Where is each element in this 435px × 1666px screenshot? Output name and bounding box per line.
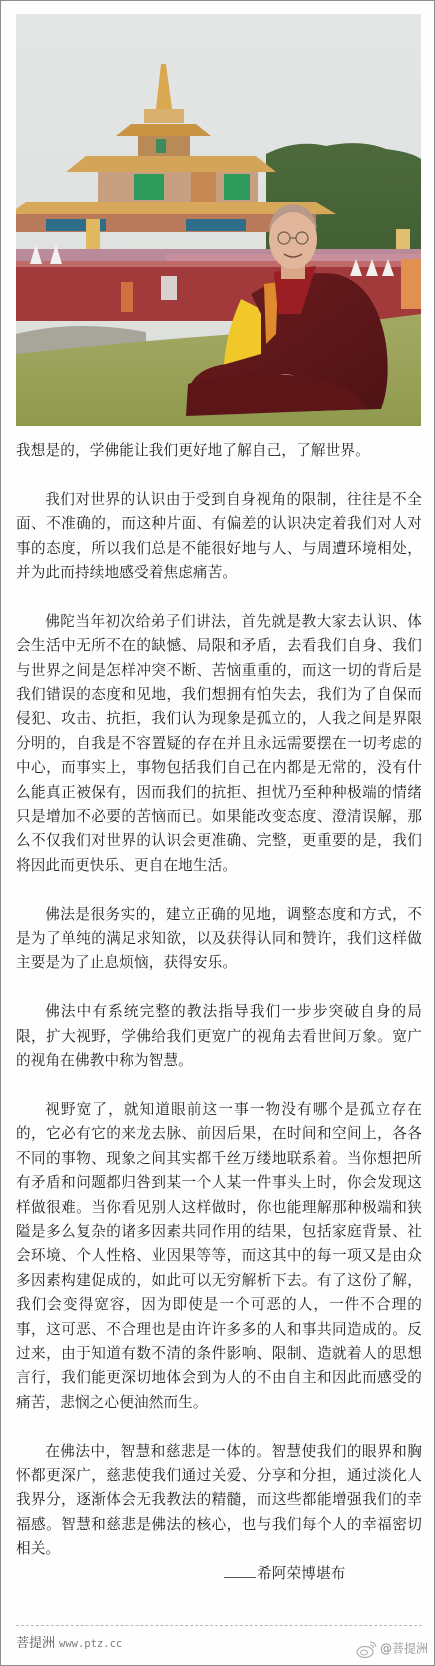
article-paragraph: 视野宽了，就知道眼前这一事一物没有哪个是孤立存在的，它必有它的来龙去脉、前因后果… <box>16 1098 422 1415</box>
weibo-watermark: @菩提洲 <box>356 1639 428 1659</box>
page-frame: 我想是的，学佛能让我们更好地了解自己，了解世界。 我们对世界的认识由于受到自身视… <box>0 0 435 1666</box>
monk-photo <box>16 14 421 426</box>
article-body: 我想是的，学佛能让我们更好地了解自己，了解世界。 我们对世界的认识由于受到自身视… <box>16 439 422 1610</box>
weibo-handle: @菩提洲 <box>380 1642 428 1656</box>
article-paragraph: 在佛法中，智慧和慈悲是一体的。智慧使我们的眼界和胸怀都更深广，慈悲使我们通过关爱… <box>16 1440 422 1562</box>
site-name: 菩提洲 <box>16 1636 55 1651</box>
signature-dash <box>224 1577 256 1578</box>
author-signature: 希阿荣博堪布 <box>16 1562 422 1586</box>
photo-illustration <box>16 14 421 426</box>
footer-divider <box>16 1625 422 1626</box>
author-name: 希阿荣博堪布 <box>257 1565 345 1582</box>
article-paragraph: 我们对世界的认识由于受到自身视角的限制，往往是不全面、不准确的，而这种片面、有偏… <box>16 488 422 586</box>
article-paragraph: 佛法中有系统完整的教法指导我们一步步突破自身的局限，扩大视野，学佛给我们更宽广的… <box>16 1000 422 1073</box>
article-paragraph-intro: 我想是的，学佛能让我们更好地了解自己，了解世界。 <box>16 439 422 463</box>
article-paragraph: 佛陀当年初次给弟子们讲法，首先就是教大家去认识、体会生活中无所不在的缺憾、局限和… <box>16 610 422 878</box>
weibo-icon <box>356 1639 378 1659</box>
article-paragraph: 佛法是很务实的，建立正确的见地，调整态度和方式，不是为了单纯的满足求知欲，以及获… <box>16 903 422 976</box>
site-credit: 菩提洲www.ptz.cc <box>16 1632 122 1651</box>
site-url[interactable]: www.ptz.cc <box>59 1638 122 1650</box>
